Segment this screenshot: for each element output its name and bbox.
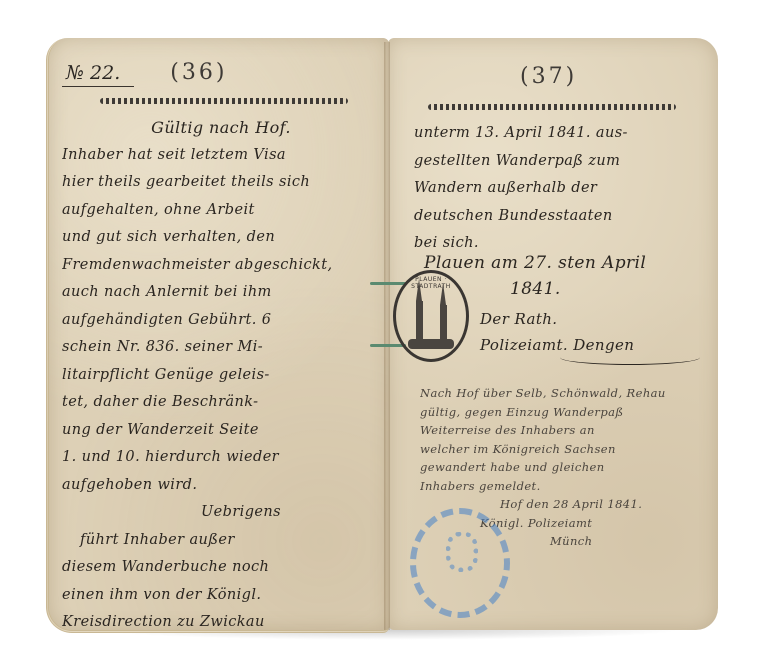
left-line: Inhaber hat seit letztem Visa xyxy=(62,142,380,170)
book-gutter xyxy=(384,42,390,630)
year: 1841. xyxy=(510,276,561,304)
left-line: führt Inhaber außer xyxy=(62,527,380,555)
blue-ink-stamp xyxy=(410,508,510,618)
left-line: aufgehändigten Gebührt. 6 xyxy=(62,307,380,335)
left-line: aufgehalten, ohne Arbeit xyxy=(62,197,380,225)
left-line: hier theils gearbeitet theils sich xyxy=(62,169,380,197)
left-line: Fremdenwachmeister abgeschickt, xyxy=(62,252,380,280)
left-line: und gut sich verhalten, den xyxy=(62,224,380,252)
faded-line: gewandert habe und gleichen xyxy=(420,458,716,477)
faded-line: Nach Hof über Selb, Schönwald, Rehau xyxy=(420,384,716,403)
left-page-header: № 22. (36) xyxy=(62,60,227,87)
left-line: diesem Wanderbuche noch xyxy=(62,554,380,582)
left-page-text: Gültig nach Hof. Inhaber hat seit letzte… xyxy=(62,114,380,637)
stamp-label: PLAUEN · STADTRATH xyxy=(396,276,466,290)
place-date: Plauen am 27. sten April xyxy=(424,250,724,278)
right-page-text: unterm 13. April 1841. aus- gestellten W… xyxy=(414,120,714,258)
left-line: ung der Wanderzeit Seite xyxy=(62,417,380,445)
signature-authority: Der Rath. xyxy=(480,306,557,334)
right-line: deutschen Bundesstaaten xyxy=(414,203,714,231)
stamp-tower-left xyxy=(416,301,423,341)
right-line: unterm 13. April 1841. aus- xyxy=(414,120,714,148)
faded-line: Weiterreise des Inhabers an xyxy=(420,421,716,440)
right-ornament-rule xyxy=(428,104,676,110)
blue-stamp-center xyxy=(446,532,478,572)
left-heading: Gültig nach Hof. xyxy=(62,114,380,142)
stamp-tower-right xyxy=(440,305,447,341)
left-line: Kreisdirection zu Zwickau xyxy=(62,609,380,637)
faded-line: gültig, gegen Einzug Wanderpaß xyxy=(420,403,716,422)
right-line: gestellten Wanderpaß zum xyxy=(414,148,714,176)
signature-flourish xyxy=(560,350,700,365)
left-line: 1. und 10. hierdurch wieder xyxy=(62,444,380,472)
left-ornament-rule xyxy=(100,98,348,104)
entry-number: № 22. xyxy=(62,62,134,87)
faded-line: Inhabers gemeldet. xyxy=(420,477,716,496)
right-page-header: (37) xyxy=(520,64,577,89)
faded-line: welcher im Königreich Sachsen xyxy=(420,440,716,459)
left-subheading: Uebrigens xyxy=(62,499,380,527)
right-page-number: (37) xyxy=(520,64,577,89)
left-page-number: (36) xyxy=(170,60,227,85)
left-line: schein Nr. 836. seiner Mi- xyxy=(62,334,380,362)
right-line: Wandern außerhalb der xyxy=(414,175,714,203)
left-line: einen ihm von der Königl. xyxy=(62,582,380,610)
left-line: auch nach Anlernit bei ihm xyxy=(62,279,380,307)
left-line: tet, daher die Beschränk- xyxy=(62,389,380,417)
city-seal-stamp: PLAUEN · STADTRATH xyxy=(393,270,469,362)
left-line: aufgehoben wird. xyxy=(62,472,380,500)
left-line: litairpflicht Genüge geleis- xyxy=(62,362,380,390)
stamp-base xyxy=(408,339,454,349)
